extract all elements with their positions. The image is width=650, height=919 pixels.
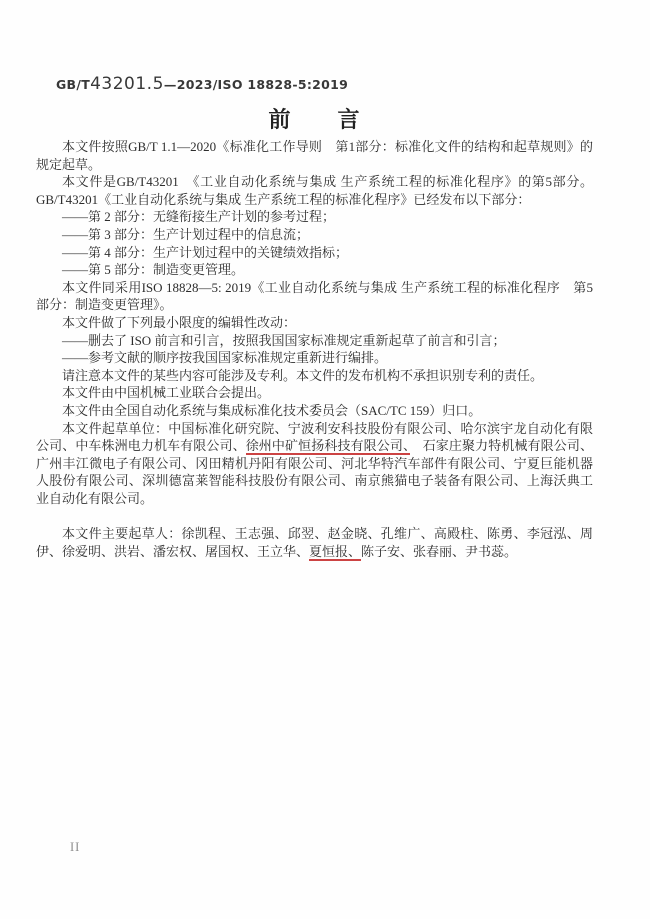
text-segment: ——第 3 部分：生产计划过程中的信息流； [62, 227, 309, 242]
standard-code-suffix: —2023/ISO 18828-5:2019 [164, 77, 348, 92]
paragraph: ——第 4 部分：生产计划过程中的关键绩效指标； [36, 244, 593, 262]
text-segment: 本文件是GB/T43201 《工业自动化系统与集成 生产系统工程的标准化程序》的… [36, 174, 593, 207]
paragraph: 请注意本文件的某些内容可能涉及专利。本文件的发布机构不承担识别专利的责任。 [36, 367, 593, 385]
text-segment: ——第 5 部分：制造变更管理。 [62, 262, 244, 277]
standard-code-prefix: GB/T [56, 77, 90, 92]
page-number: II [70, 840, 80, 855]
text-segment: 请注意本文件的某些内容可能涉及专利。本文件的发布机构不承担识别专利的责任。 [62, 368, 543, 383]
paragraph: 本文件按照GB/T 1.1—2020《标准化工作导则 第1部分：标准化文件的结构… [36, 138, 593, 173]
text-segment: ——第 2 部分：无缝衔接生产计划的参考过程； [62, 209, 335, 224]
text-segment: 本文件按照GB/T 1.1—2020《标准化工作导则 第1部分：标准化文件的结构… [36, 139, 593, 172]
paragraph: ——第 5 部分：制造变更管理。 [36, 261, 593, 279]
red-underlined-text: 夏恒报、 [309, 544, 361, 561]
standard-code-number: 43201.5 [90, 74, 164, 94]
text-segment: 本文件由全国自动化系统与集成标准化技术委员会（SAC/TC 159）归口。 [62, 403, 481, 418]
text-segment: 陈子安、张春丽、尹书蕊。 [361, 544, 517, 559]
red-underlined-text: 徐州中矿恒扬科技有限公司、 [246, 438, 410, 455]
text-segment: 本文件做了下列最小限度的编辑性改动： [62, 315, 296, 330]
paragraph: 本文件起草单位：中国标准化研究院、宁波利安科技股份有限公司、哈尔滨宇龙自动化有限… [36, 420, 593, 508]
paragraph: 本文件同采用ISO 18828—5: 2019《工业自动化系统与集成 生产系统工… [36, 279, 593, 314]
paragraph: ——参考文献的顺序按我国国家标准规定重新进行编排。 [36, 349, 593, 367]
text-segment: ——删去了 ISO 前言和引言，按照我国国家标准规定重新起草了前言和引言； [62, 333, 505, 348]
paragraph: ——第 3 部分：生产计划过程中的信息流； [36, 226, 593, 244]
paragraph: 本文件由中国机械工业联合会提出。 [36, 384, 593, 402]
paragraph: 本文件做了下列最小限度的编辑性改动： [36, 314, 593, 332]
foreword-title: 前 言 [36, 103, 593, 134]
text-segment: 本文件同采用ISO 18828—5: 2019《工业自动化系统与集成 生产系统工… [36, 280, 593, 313]
paragraph: 本文件是GB/T43201 《工业自动化系统与集成 生产系统工程的标准化程序》的… [36, 173, 593, 208]
standard-code: GB/T43201.5—2023/ISO 18828-5:2019 [56, 74, 348, 94]
text-segment: ——参考文献的顺序按我国国家标准规定重新进行编排。 [62, 350, 387, 365]
paragraph: ——删去了 ISO 前言和引言，按照我国国家标准规定重新起草了前言和引言； [36, 332, 593, 350]
text-segment: ——第 4 部分：生产计划过程中的关键绩效指标； [62, 245, 348, 260]
paragraph: 本文件主要起草人：徐凯程、王志强、邱翌、赵金晓、孔维广、高殿柱、陈勇、李冠泓、周… [36, 525, 593, 560]
paragraph: 本文件由全国自动化系统与集成标准化技术委员会（SAC/TC 159）归口。 [36, 402, 593, 420]
text-segment: 本文件由中国机械工业联合会提出。 [62, 385, 270, 400]
document-page: GB/T43201.5—2023/ISO 18828-5:2019 前 言 本文… [0, 0, 650, 919]
foreword-body: 本文件按照GB/T 1.1—2020《标准化工作导则 第1部分：标准化文件的结构… [36, 138, 593, 560]
paragraph: ——第 2 部分：无缝衔接生产计划的参考过程； [36, 208, 593, 226]
